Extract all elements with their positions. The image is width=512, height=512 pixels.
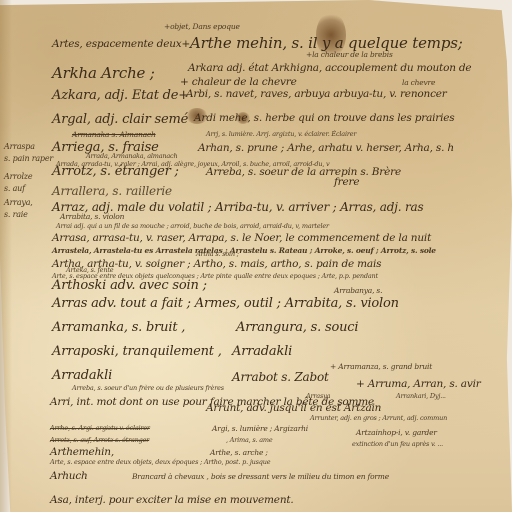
margin-note: s. raie <box>4 210 28 219</box>
entry-annotation: extinction d'un feu après v. ... <box>352 440 443 448</box>
entry-line: Arrunt, adv. jusqu'il en est Artzain <box>206 402 381 414</box>
entry-line: Arradakli <box>232 344 292 359</box>
entry-annotation: Arrabanya, s. <box>334 286 382 295</box>
entry-annotation: Arrankari, Dyj... <box>396 392 446 400</box>
entry-annotation: Arrj, s. lumière. Arrj. argiztu, v. écla… <box>206 130 356 138</box>
entry-line: Arradakli <box>52 368 112 383</box>
margin-note: Arraya, <box>4 198 33 207</box>
entry-annotation: + chaleur de la chevre <box>180 76 297 88</box>
entry-struck: Arrotz, s. auf, Arrotz s. étranger <box>50 436 149 444</box>
entry-line: Arrastela, Arrastela-tu es Arrastela rat… <box>52 246 436 255</box>
entry-line: Asa, interj. pour exciter la mise en mou… <box>50 494 294 506</box>
margin-note: Arraspa <box>4 142 35 151</box>
entry-line: Arkha Arche ; <box>52 64 155 82</box>
entry-annotation: Argi, s. lumière ; Argizarhi <box>212 424 308 433</box>
entry-line: Arrabot s. Zabot <box>232 370 329 384</box>
entry-line: Brancard à chevaux , bois se dressant ve… <box>132 472 389 481</box>
entry-line: , Arima, s. ame <box>226 436 273 444</box>
entry-line: Arbi, s. navet, raves, arbuya arbuya-tu,… <box>186 88 447 100</box>
entry-line: Arras adv. tout a fait ; Armes, outil ; … <box>52 296 399 311</box>
entry-annotation: Artha s. soin ; <box>196 250 239 258</box>
entry-annotation: +la chaleur de la brebis <box>306 50 393 59</box>
entry-line: Arthemehin, <box>50 446 114 458</box>
entry-line: Arhuch <box>50 470 88 482</box>
entry-line: Artzainhop-i, v. garder <box>356 428 437 437</box>
entry-line: + Arruma, Arran, s. avir <box>356 378 481 390</box>
entry-line: Arte, s. espace entre deux objets, deux … <box>50 458 270 466</box>
entry-annotation: + Arramanza, s. grand bruit <box>330 362 432 371</box>
margin-note: s. auf <box>4 184 25 193</box>
entry-annotation: la chevre <box>402 78 435 87</box>
entry-annotation: Arrada, Armanaka, almanach <box>86 152 177 160</box>
entry-line: Arhan, s. prune ; Arhe, arhatu v. herser… <box>198 142 454 154</box>
entry-annotation: Arrabita, s. violon <box>60 212 124 221</box>
entry-line: Ardi mehe, s. herbe qui on trouve dans l… <box>194 112 455 124</box>
entry-line: Arthoski adv. avec soin ; <box>52 278 207 293</box>
entry-line: Arraposki, tranquilement , <box>52 344 222 359</box>
page-fold-shadow <box>0 0 12 512</box>
entry-line: Arrasa, arrasa-tu, v. raser, Arrapa, s. … <box>52 232 431 244</box>
entry-line: Arramanka, s. bruit , <box>52 320 185 335</box>
entry-line: Arrangura, s. souci <box>236 320 358 335</box>
entry-struck: Arrhe, s. Argi. argiztu v. éclairer <box>50 424 150 432</box>
entry-line: frere <box>334 176 359 188</box>
entry-struck: Armanaka s. Almanach <box>72 130 156 139</box>
margin-note: Arrolze <box>4 172 32 181</box>
entry-annotation: Arrunter, adj. en gros ; Arrunt, adj. co… <box>310 414 447 422</box>
entry-line: Arreba, s. soeur d'un frère ou de plusie… <box>72 384 224 392</box>
entry-line: Arkara adj. état Arkhigna, accouplement … <box>188 62 471 74</box>
entry-line: Arrotz, s. étranger ; <box>52 164 179 179</box>
entry-annotation: Arthe, s. arche ; <box>210 448 268 457</box>
entry-line: Argal, adj. clair semé <box>52 112 188 127</box>
entry-line: Artes, espacemente deux+ <box>52 38 190 50</box>
entry-line: Arrai adj. qui a un fil de sa mouche ; a… <box>56 222 329 230</box>
entry-line: Arreba, s. soeur de la arrepin s. Brère <box>206 166 401 178</box>
entry-annotation: Arteka, s. fente <box>66 266 113 274</box>
entry-line: Arrallera, s. raillerie <box>52 184 172 198</box>
entry-annotation: +objet, Dans epoque <box>164 22 240 31</box>
margin-note: s. pain raper <box>4 154 53 163</box>
entry-line: Azkara, adj. Etat de+ <box>52 88 189 103</box>
